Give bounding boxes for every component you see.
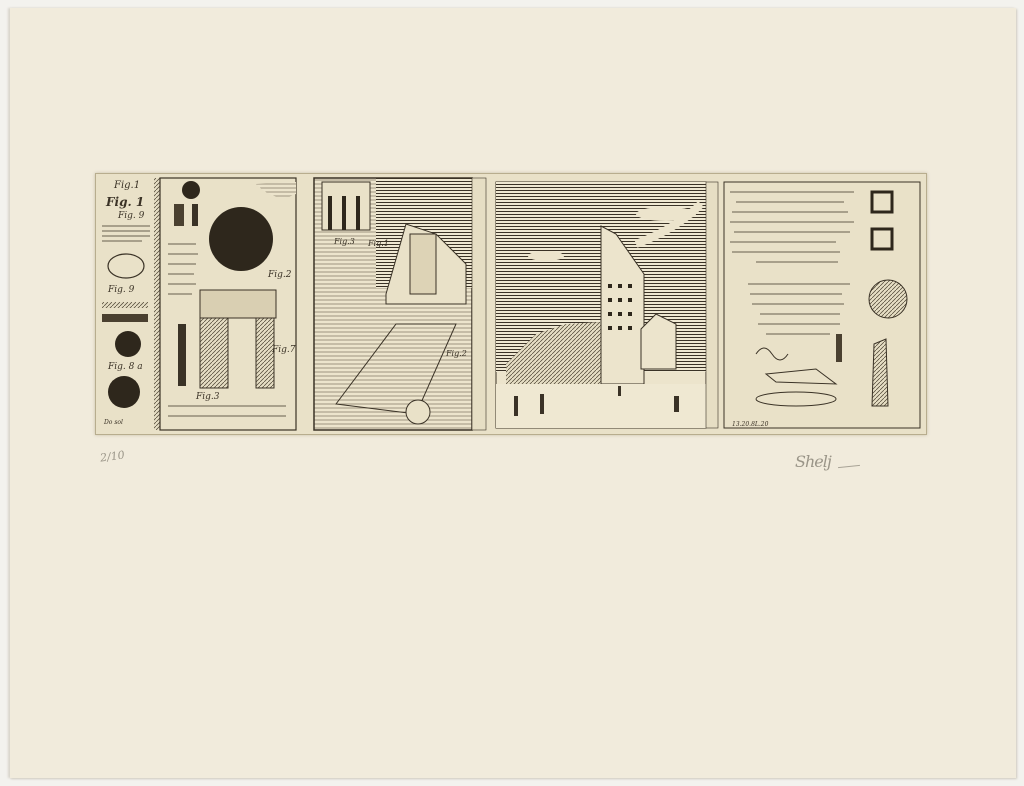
fig-label: Fig.1 bbox=[113, 180, 140, 191]
svg-text:Fig.2: Fig.2 bbox=[267, 270, 292, 280]
svg-text:Fig.3: Fig.3 bbox=[195, 392, 220, 402]
plate-date: 13.20.8L.20 bbox=[732, 421, 769, 428]
etching-image: Fig.1 Fig. 1 Fig. 9 Fig. 9 Fig. 8 a Do s… bbox=[96, 174, 926, 434]
svg-text:Fig.3: Fig.3 bbox=[333, 237, 355, 246]
svg-text:Do sol: Do sol bbox=[103, 419, 123, 426]
svg-text:Fig.7: Fig.7 bbox=[271, 345, 296, 355]
svg-text:Fig. 1: Fig. 1 bbox=[105, 195, 144, 209]
svg-text:Fig.2: Fig.2 bbox=[445, 349, 467, 358]
panel-1-figures: Fig.1 Fig. 1 Fig. 9 Fig. 9 Fig. 8 a Do s… bbox=[102, 180, 150, 426]
svg-text:Fig. 9: Fig. 9 bbox=[117, 211, 145, 221]
svg-text:Fig.1: Fig.1 bbox=[367, 239, 389, 248]
artist-signature: Shelj bbox=[795, 452, 831, 471]
panel-divider bbox=[154, 178, 160, 430]
panel-4-tower-landscape bbox=[496, 182, 718, 428]
panel-3-staircase-scene: Fig.3 Fig.1 Fig.2 bbox=[314, 178, 486, 430]
svg-text:Fig. 8 a: Fig. 8 a bbox=[107, 362, 143, 372]
etching-plate: Fig.1 Fig. 1 Fig. 9 Fig. 9 Fig. 8 a Do s… bbox=[95, 173, 927, 435]
svg-text:Fig. 9: Fig. 9 bbox=[107, 285, 135, 295]
panel-5-notebook: 13.20.8L.20 bbox=[724, 182, 920, 428]
panel-2-figures: Fig.2 Fig.7 Fig.3 bbox=[160, 178, 296, 430]
